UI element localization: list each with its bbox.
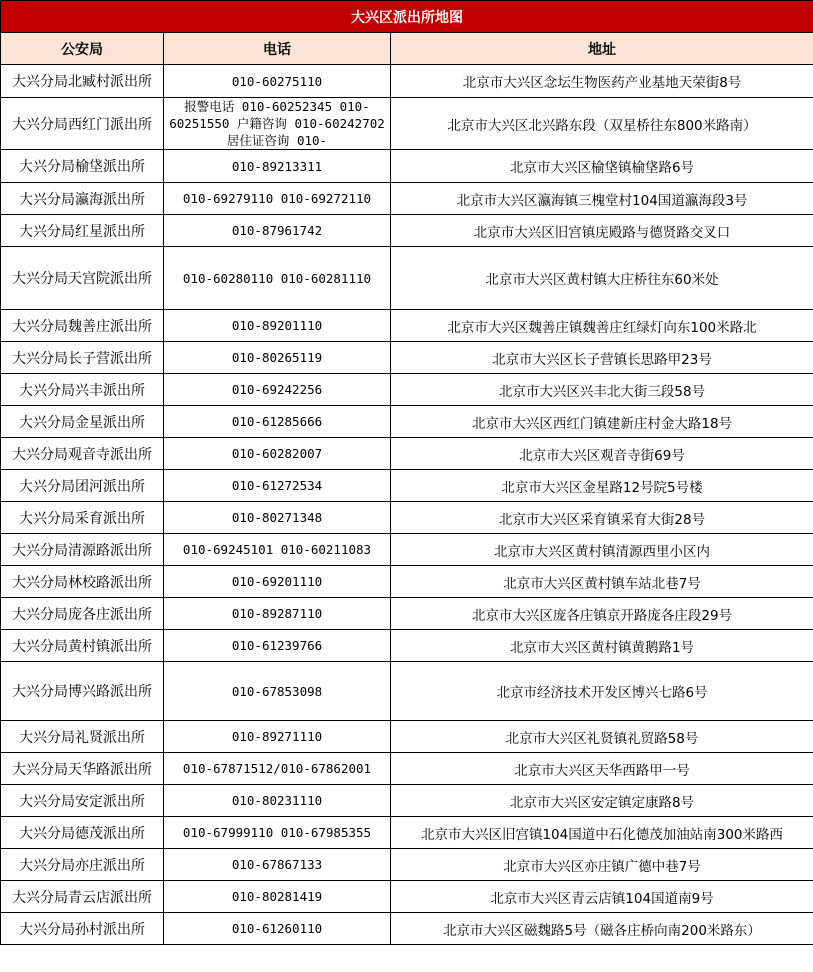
station-address: 北京市大兴区黄村镇清源西里小区内 (391, 534, 813, 566)
station-name: 大兴分局瀛海派出所 (1, 183, 164, 215)
station-address: 北京市大兴区亦庄镇广德中巷7号 (391, 849, 813, 881)
station-name: 大兴分局采育派出所 (1, 502, 164, 534)
station-name: 大兴分局北臧村派出所 (1, 65, 164, 98)
station-phone: 010-61260110 (164, 913, 391, 945)
station-address: 北京市大兴区青云店镇104国道南9号 (391, 881, 813, 913)
phone-text: 010-60275110 (166, 73, 388, 90)
station-name: 大兴分局亦庄派出所 (1, 849, 164, 881)
station-address: 北京市大兴区礼贤镇礼贸路58号 (391, 721, 813, 753)
station-name: 大兴分局安定派出所 (1, 785, 164, 817)
phone-text: 010-67999110 010-67985355 (166, 824, 388, 841)
table-row: 大兴分局观音寺派出所010-60282007北京市大兴区观音寺街69号 (1, 438, 813, 470)
table-row: 大兴分局西红门派出所报警电话 010-60252345 010-60251550… (1, 98, 813, 150)
phone-text: 010-89287110 (166, 605, 388, 622)
station-phone: 010-67867133 (164, 849, 391, 881)
station-name: 大兴分局西红门派出所 (1, 98, 164, 150)
station-phone: 010-61285666 (164, 406, 391, 438)
station-address: 北京市大兴区兴丰北大街三段58号 (391, 374, 813, 406)
station-address: 北京市大兴区西红门镇建新庄村金大路18号 (391, 406, 813, 438)
station-address: 北京市大兴区魏善庄镇魏善庄红绿灯向东100米路北 (391, 310, 813, 342)
table-row: 大兴分局团河派出所010-61272534北京市大兴区金星路12号院5号楼 (1, 470, 813, 502)
column-header-phone: 电话 (164, 33, 391, 65)
station-phone: 010-80265119 (164, 342, 391, 374)
title-row: 大兴区派出所地图 (1, 1, 813, 33)
station-name: 大兴分局天宫院派出所 (1, 247, 164, 310)
table-body: 大兴分局北臧村派出所010-60275110北京市大兴区念坛生物医药产业基地天荣… (1, 65, 813, 945)
station-address: 北京市大兴区北兴路东段（双星桥往东800米路南） (391, 98, 813, 150)
table-row: 大兴分局榆垡派出所010-89213311北京市大兴区榆垡镇榆垡路6号 (1, 150, 813, 183)
station-phone: 010-89271110 (164, 721, 391, 753)
station-name: 大兴分局兴丰派出所 (1, 374, 164, 406)
station-phone: 010-80271348 (164, 502, 391, 534)
phone-text: 010-89201110 (166, 317, 388, 334)
station-address: 北京市大兴区黄村镇黄鹅路1号 (391, 630, 813, 662)
station-name: 大兴分局观音寺派出所 (1, 438, 164, 470)
station-name: 大兴分局魏善庄派出所 (1, 310, 164, 342)
station-phone: 010-69201110 (164, 566, 391, 598)
station-phone: 010-87961742 (164, 215, 391, 247)
station-name: 大兴分局青云店派出所 (1, 881, 164, 913)
phone-text: 010-80231110 (166, 792, 388, 809)
station-phone: 010-67871512/010-67862001 (164, 753, 391, 785)
station-address: 北京市经济技术开发区博兴七路6号 (391, 662, 813, 721)
station-name: 大兴分局长子营派出所 (1, 342, 164, 374)
station-name: 大兴分局孙村派出所 (1, 913, 164, 945)
station-phone: 报警电话 010-60252345 010-60251550 户籍咨询 010-… (164, 98, 391, 150)
station-phone: 010-89287110 (164, 598, 391, 630)
phone-text: 010-67853098 (166, 683, 388, 700)
station-name: 大兴分局礼贤派出所 (1, 721, 164, 753)
station-phone: 010-89201110 (164, 310, 391, 342)
station-name: 大兴分局博兴路派出所 (1, 662, 164, 721)
station-phone: 010-80281419 (164, 881, 391, 913)
station-phone: 010-69242256 (164, 374, 391, 406)
station-phone: 010-69245101 010-60211083 (164, 534, 391, 566)
table-row: 大兴分局德茂派出所010-67999110 010-67985355北京市大兴区… (1, 817, 813, 849)
station-phone: 010-80231110 (164, 785, 391, 817)
station-address: 北京市大兴区黄村镇车站北巷7号 (391, 566, 813, 598)
station-address: 北京市大兴区黄村镇大庄桥往东60米处 (391, 247, 813, 310)
station-address: 北京市大兴区采育镇采育大街28号 (391, 502, 813, 534)
phone-text: 010-69242256 (166, 381, 388, 398)
station-address: 北京市大兴区金星路12号院5号楼 (391, 470, 813, 502)
station-address: 北京市大兴区天华西路甲一号 (391, 753, 813, 785)
phone-text: 010-89271110 (166, 728, 388, 745)
station-address: 北京市大兴区榆垡镇榆垡路6号 (391, 150, 813, 183)
station-phone: 010-60275110 (164, 65, 391, 98)
table-row: 大兴分局清源路派出所010-69245101 010-60211083北京市大兴… (1, 534, 813, 566)
table-row: 大兴分局北臧村派出所010-60275110北京市大兴区念坛生物医药产业基地天荣… (1, 65, 813, 98)
station-name: 大兴分局红星派出所 (1, 215, 164, 247)
phone-text: 010-67867133 (166, 856, 388, 873)
station-phone: 010-69279110 010-69272110 (164, 183, 391, 215)
table-row: 大兴分局礼贤派出所010-89271110北京市大兴区礼贤镇礼贸路58号 (1, 721, 813, 753)
phone-text: 010-89213311 (166, 158, 388, 175)
table-row: 大兴分局瀛海派出所010-69279110 010-69272110北京市大兴区… (1, 183, 813, 215)
table-row: 大兴分局采育派出所010-80271348北京市大兴区采育镇采育大街28号 (1, 502, 813, 534)
phone-text: 010-60280110 010-60281110 (166, 270, 388, 287)
station-phone: 010-61272534 (164, 470, 391, 502)
station-name: 大兴分局庞各庄派出所 (1, 598, 164, 630)
station-name: 大兴分局黄村镇派出所 (1, 630, 164, 662)
phone-text: 010-80265119 (166, 349, 388, 366)
table-row: 大兴分局博兴路派出所010-67853098北京市经济技术开发区博兴七路6号 (1, 662, 813, 721)
phone-text: 010-60282007 (166, 445, 388, 462)
table-row: 大兴分局长子营派出所010-80265119北京市大兴区长子营镇长思路甲23号 (1, 342, 813, 374)
table-row: 大兴分局青云店派出所010-80281419北京市大兴区青云店镇104国道南9号 (1, 881, 813, 913)
table-row: 大兴分局黄村镇派出所010-61239766北京市大兴区黄村镇黄鹅路1号 (1, 630, 813, 662)
table-row: 大兴分局金星派出所010-61285666北京市大兴区西红门镇建新庄村金大路18… (1, 406, 813, 438)
phone-text: 010-80271348 (166, 509, 388, 526)
header-row: 公安局 电话 地址 (1, 33, 813, 65)
station-address: 北京市大兴区观音寺街69号 (391, 438, 813, 470)
phone-text: 010-67871512/010-67862001 (166, 760, 388, 777)
station-phone: 010-67999110 010-67985355 (164, 817, 391, 849)
table-row: 大兴分局天宫院派出所010-60280110 010-60281110北京市大兴… (1, 247, 813, 310)
table-row: 大兴分局庞各庄派出所010-89287110北京市大兴区庞各庄镇京开路庞各庄段2… (1, 598, 813, 630)
station-name: 大兴分局天华路派出所 (1, 753, 164, 785)
station-phone: 010-67853098 (164, 662, 391, 721)
police-station-table: 大兴区派出所地图 公安局 电话 地址 大兴分局北臧村派出所010-6027511… (0, 0, 813, 945)
station-address: 北京市大兴区安定镇定康路8号 (391, 785, 813, 817)
table-row: 大兴分局林校路派出所010-69201110北京市大兴区黄村镇车站北巷7号 (1, 566, 813, 598)
station-phone: 010-61239766 (164, 630, 391, 662)
table-row: 大兴分局安定派出所010-80231110北京市大兴区安定镇定康路8号 (1, 785, 813, 817)
phone-text: 010-61272534 (166, 477, 388, 494)
table-row: 大兴分局兴丰派出所010-69242256北京市大兴区兴丰北大街三段58号 (1, 374, 813, 406)
station-phone: 010-60280110 010-60281110 (164, 247, 391, 310)
station-address: 北京市大兴区长子营镇长思路甲23号 (391, 342, 813, 374)
station-address: 北京市大兴区庞各庄镇京开路庞各庄段29号 (391, 598, 813, 630)
station-address: 北京市大兴区念坛生物医药产业基地天荣街8号 (391, 65, 813, 98)
station-phone: 010-89213311 (164, 150, 391, 183)
table-row: 大兴分局亦庄派出所010-67867133北京市大兴区亦庄镇广德中巷7号 (1, 849, 813, 881)
phone-text: 报警电话 010-60252345 010-60251550 户籍咨询 010-… (166, 98, 388, 149)
phone-text: 010-87961742 (166, 222, 388, 239)
table-title: 大兴区派出所地图 (1, 1, 813, 33)
station-name: 大兴分局金星派出所 (1, 406, 164, 438)
station-name: 大兴分局榆垡派出所 (1, 150, 164, 183)
column-header-bureau: 公安局 (1, 33, 164, 65)
phone-text: 010-69245101 010-60211083 (166, 541, 388, 558)
station-phone: 010-60282007 (164, 438, 391, 470)
station-name: 大兴分局清源路派出所 (1, 534, 164, 566)
phone-text: 010-80281419 (166, 888, 388, 905)
table-row: 大兴分局天华路派出所010-67871512/010-67862001北京市大兴… (1, 753, 813, 785)
phone-text: 010-61239766 (166, 637, 388, 654)
phone-text: 010-61260110 (166, 920, 388, 937)
station-address: 北京市大兴区旧宫镇104国道中石化德茂加油站南300米路西 (391, 817, 813, 849)
phone-text: 010-69279110 010-69272110 (166, 190, 388, 207)
table-row: 大兴分局孙村派出所010-61260110北京市大兴区磁魏路5号（磁各庄桥向南2… (1, 913, 813, 945)
station-name: 大兴分局林校路派出所 (1, 566, 164, 598)
phone-text: 010-61285666 (166, 413, 388, 430)
table-row: 大兴分局红星派出所010-87961742北京市大兴区旧宫镇庑殿路与德贤路交叉口 (1, 215, 813, 247)
station-address: 北京市大兴区瀛海镇三槐堂村104国道瀛海段3号 (391, 183, 813, 215)
column-header-address: 地址 (391, 33, 813, 65)
table-row: 大兴分局魏善庄派出所010-89201110北京市大兴区魏善庄镇魏善庄红绿灯向东… (1, 310, 813, 342)
station-name: 大兴分局德茂派出所 (1, 817, 164, 849)
station-address: 北京市大兴区磁魏路5号（磁各庄桥向南200米路东） (391, 913, 813, 945)
phone-text: 010-69201110 (166, 573, 388, 590)
station-address: 北京市大兴区旧宫镇庑殿路与德贤路交叉口 (391, 215, 813, 247)
station-name: 大兴分局团河派出所 (1, 470, 164, 502)
